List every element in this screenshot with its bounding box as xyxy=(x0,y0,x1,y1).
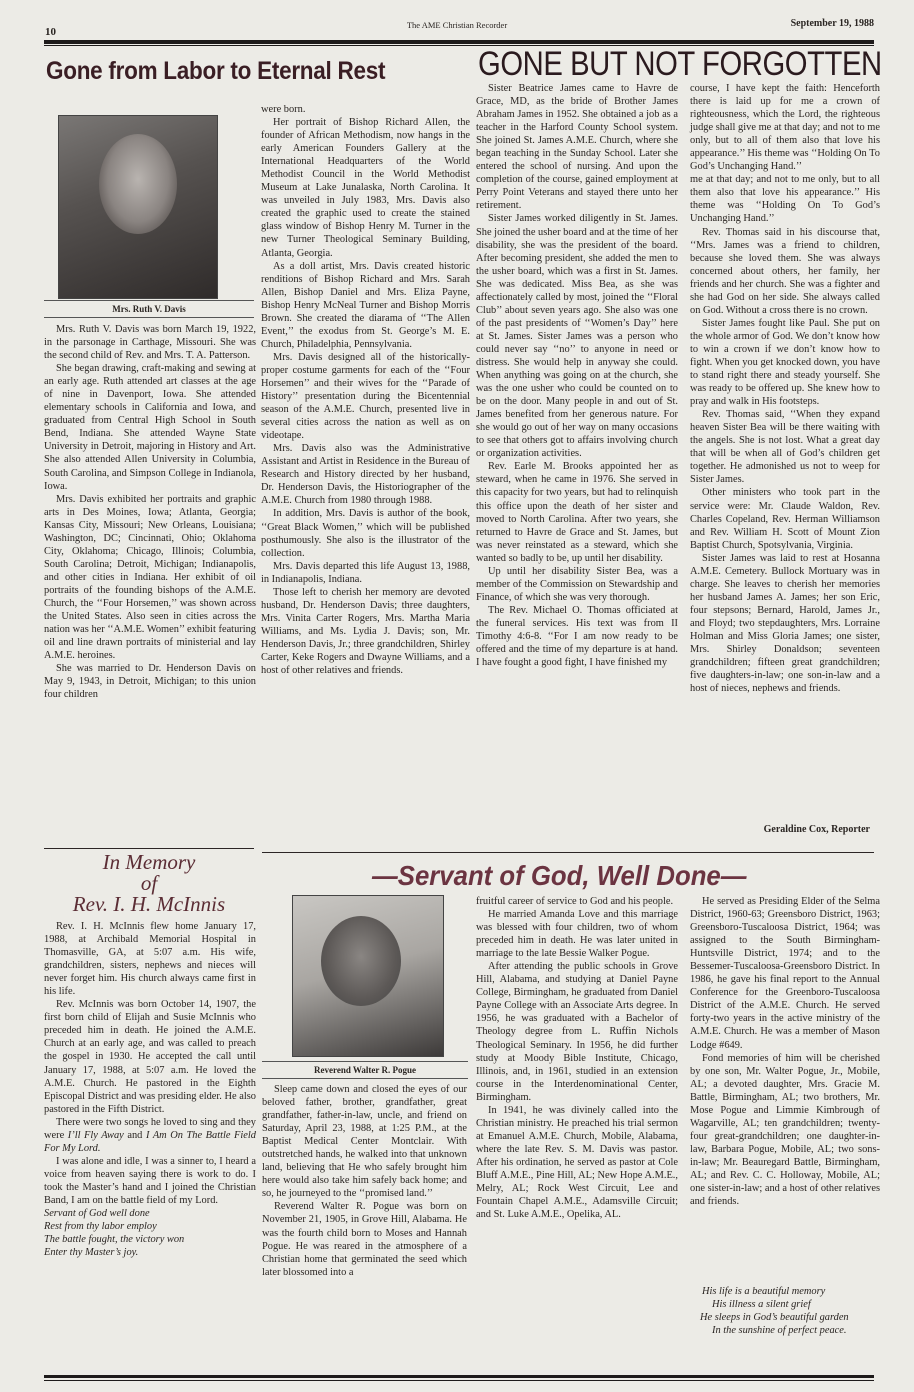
mcinnis-column: Rev. I. H. McInnis flew home January 17,… xyxy=(44,920,256,1259)
photo-caption-davis: Mrs. Ruth V. Davis xyxy=(44,300,254,318)
paragraph: She was married to Dr. Henderson Davis o… xyxy=(44,662,256,701)
reporter-byline: Geraldine Cox, Reporter xyxy=(764,824,870,835)
paragraph: Sleep came down and closed the eyes of o… xyxy=(262,1083,467,1200)
paragraph: He served as Presiding Elder of the Selm… xyxy=(690,895,880,1052)
footer-rule-thin xyxy=(44,1380,874,1381)
paragraph: Reverend Walter R. Pogue was born on Nov… xyxy=(262,1200,467,1278)
paragraph: Mrs. Davis also was the Administrative A… xyxy=(261,442,470,507)
paragraph: In addition, Mrs. Davis is author of the… xyxy=(261,507,470,559)
verse-line: Rest from thy labor employ xyxy=(44,1220,256,1233)
publication-name: The AME Christian Recorder xyxy=(0,20,914,30)
paragraph: were born. xyxy=(261,103,470,116)
paragraph: me at that day; and not to me only, but … xyxy=(690,173,880,225)
headline-pogue: —Servant of God, Well Done— xyxy=(372,860,747,892)
headline-line: of xyxy=(44,873,254,894)
paragraph: After attending the public schools in Gr… xyxy=(476,960,678,1104)
poem-line: In the sunshine of perfect peace. xyxy=(700,1324,890,1337)
verse-line: The battle fought, the victory won xyxy=(44,1233,256,1246)
portrait-ruth-davis xyxy=(58,115,218,299)
james-column-2: course, I have kept the faith: Hencefort… xyxy=(690,82,880,695)
pogue-column-2: fruitful career of service to God and hi… xyxy=(476,895,678,1221)
paragraph: Other ministers who took part in the ser… xyxy=(690,486,880,551)
portrait-walter-pogue xyxy=(292,895,444,1057)
paragraph: Mrs. Davis designed all of the historica… xyxy=(261,351,470,442)
poem-line: He sleeps in God’s beautiful garden xyxy=(700,1311,890,1324)
poem-line: His life is a beautiful memory xyxy=(700,1285,890,1298)
portrait-face xyxy=(99,134,177,234)
paragraph: Rev. Earle M. Brooks appointed her as st… xyxy=(476,460,678,564)
paragraph: There were two songs he loved to sing an… xyxy=(44,1116,256,1155)
paragraph: Fond memories of him will be cherished b… xyxy=(690,1052,880,1209)
headline-line: In Memory xyxy=(44,852,254,873)
paragraph: In 1941, he was divinely called into the… xyxy=(476,1104,678,1221)
paragraph: Rev. Thomas said in his discourse that, … xyxy=(690,226,880,317)
paragraph: Her portrait of Bishop Richard Allen, th… xyxy=(261,116,470,260)
headline-mcinnis: In Memory of Rev. I. H. McInnis xyxy=(44,852,254,915)
paragraph: As a doll artist, Mrs. Davis created his… xyxy=(261,260,470,351)
memorial-poem: His life is a beautiful memory His illne… xyxy=(700,1285,890,1337)
paragraph: Sister James was laid to rest at Hosanna… xyxy=(690,552,880,696)
newspaper-page: 10 The AME Christian Recorder September … xyxy=(0,0,914,1392)
headline-davis: Gone from Labor to Eternal Rest xyxy=(46,58,424,84)
james-column-1: Sister Beatrice James came to Havre de G… xyxy=(476,82,678,669)
paragraph: Those left to cherish her memory are dev… xyxy=(261,586,470,677)
paragraph: course, I have kept the faith: Hencefort… xyxy=(690,82,880,173)
paragraph: Mrs. Ruth V. Davis was born March 19, 19… xyxy=(44,323,256,362)
paragraph: Mrs. Davis departed this life August 13,… xyxy=(261,560,470,586)
songs-and: and xyxy=(127,1130,142,1141)
pogue-column-3: He served as Presiding Elder of the Selm… xyxy=(690,895,880,1208)
headline-line: Rev. I. H. McInnis xyxy=(44,894,254,915)
footer-rule xyxy=(44,1375,874,1378)
poem-line: His illness a silent grief xyxy=(700,1298,890,1311)
verse-line: Servant of God well done xyxy=(44,1207,256,1220)
paragraph: Sister James worked diligently in St. Ja… xyxy=(476,212,678,460)
issue-date: September 19, 1988 xyxy=(791,18,874,29)
section-rule xyxy=(44,848,254,849)
headline-james: GONE BUT NOT FORGOTTEN xyxy=(478,45,882,84)
portrait-face xyxy=(321,916,401,1006)
paragraph: Up until her disability Sister Bea, was … xyxy=(476,565,678,604)
paragraph: Rev. Thomas said, ‘‘When they expand hea… xyxy=(690,408,880,486)
paragraph: Sister Beatrice James came to Havre de G… xyxy=(476,82,678,212)
paragraph: Sister James fought like Paul. She put o… xyxy=(690,317,880,408)
paragraph: Rev. I. H. McInnis flew home January 17,… xyxy=(44,920,256,998)
davis-column-1: Mrs. Ruth V. Davis was born March 19, 19… xyxy=(44,323,256,701)
photo-caption-pogue: Reverend Walter R. Pogue xyxy=(262,1061,468,1079)
song-title: I’ll Fly Away xyxy=(68,1130,124,1141)
section-rule xyxy=(262,852,874,853)
paragraph: He married Amanda Love and this marriage… xyxy=(476,908,678,960)
paragraph: fruitful career of service to God and hi… xyxy=(476,895,678,908)
davis-column-2: were born. Her portrait of Bishop Richar… xyxy=(261,103,470,677)
paragraph: Rev. McInnis was born October 14, 1907, … xyxy=(44,998,256,1115)
verse-line: Enter thy Master’s joy. xyxy=(44,1246,256,1259)
paragraph: The Rev. Michael O. Thomas officiated at… xyxy=(476,604,678,669)
paragraph: She began drawing, craft-making and sewi… xyxy=(44,362,256,492)
header-rule xyxy=(44,40,874,44)
paragraph: Mrs. Davis exhibited her portraits and g… xyxy=(44,493,256,663)
pogue-column-1: Sleep came down and closed the eyes of o… xyxy=(262,1083,467,1279)
paragraph: I was alone and idle, I was a sinner to,… xyxy=(44,1155,256,1207)
